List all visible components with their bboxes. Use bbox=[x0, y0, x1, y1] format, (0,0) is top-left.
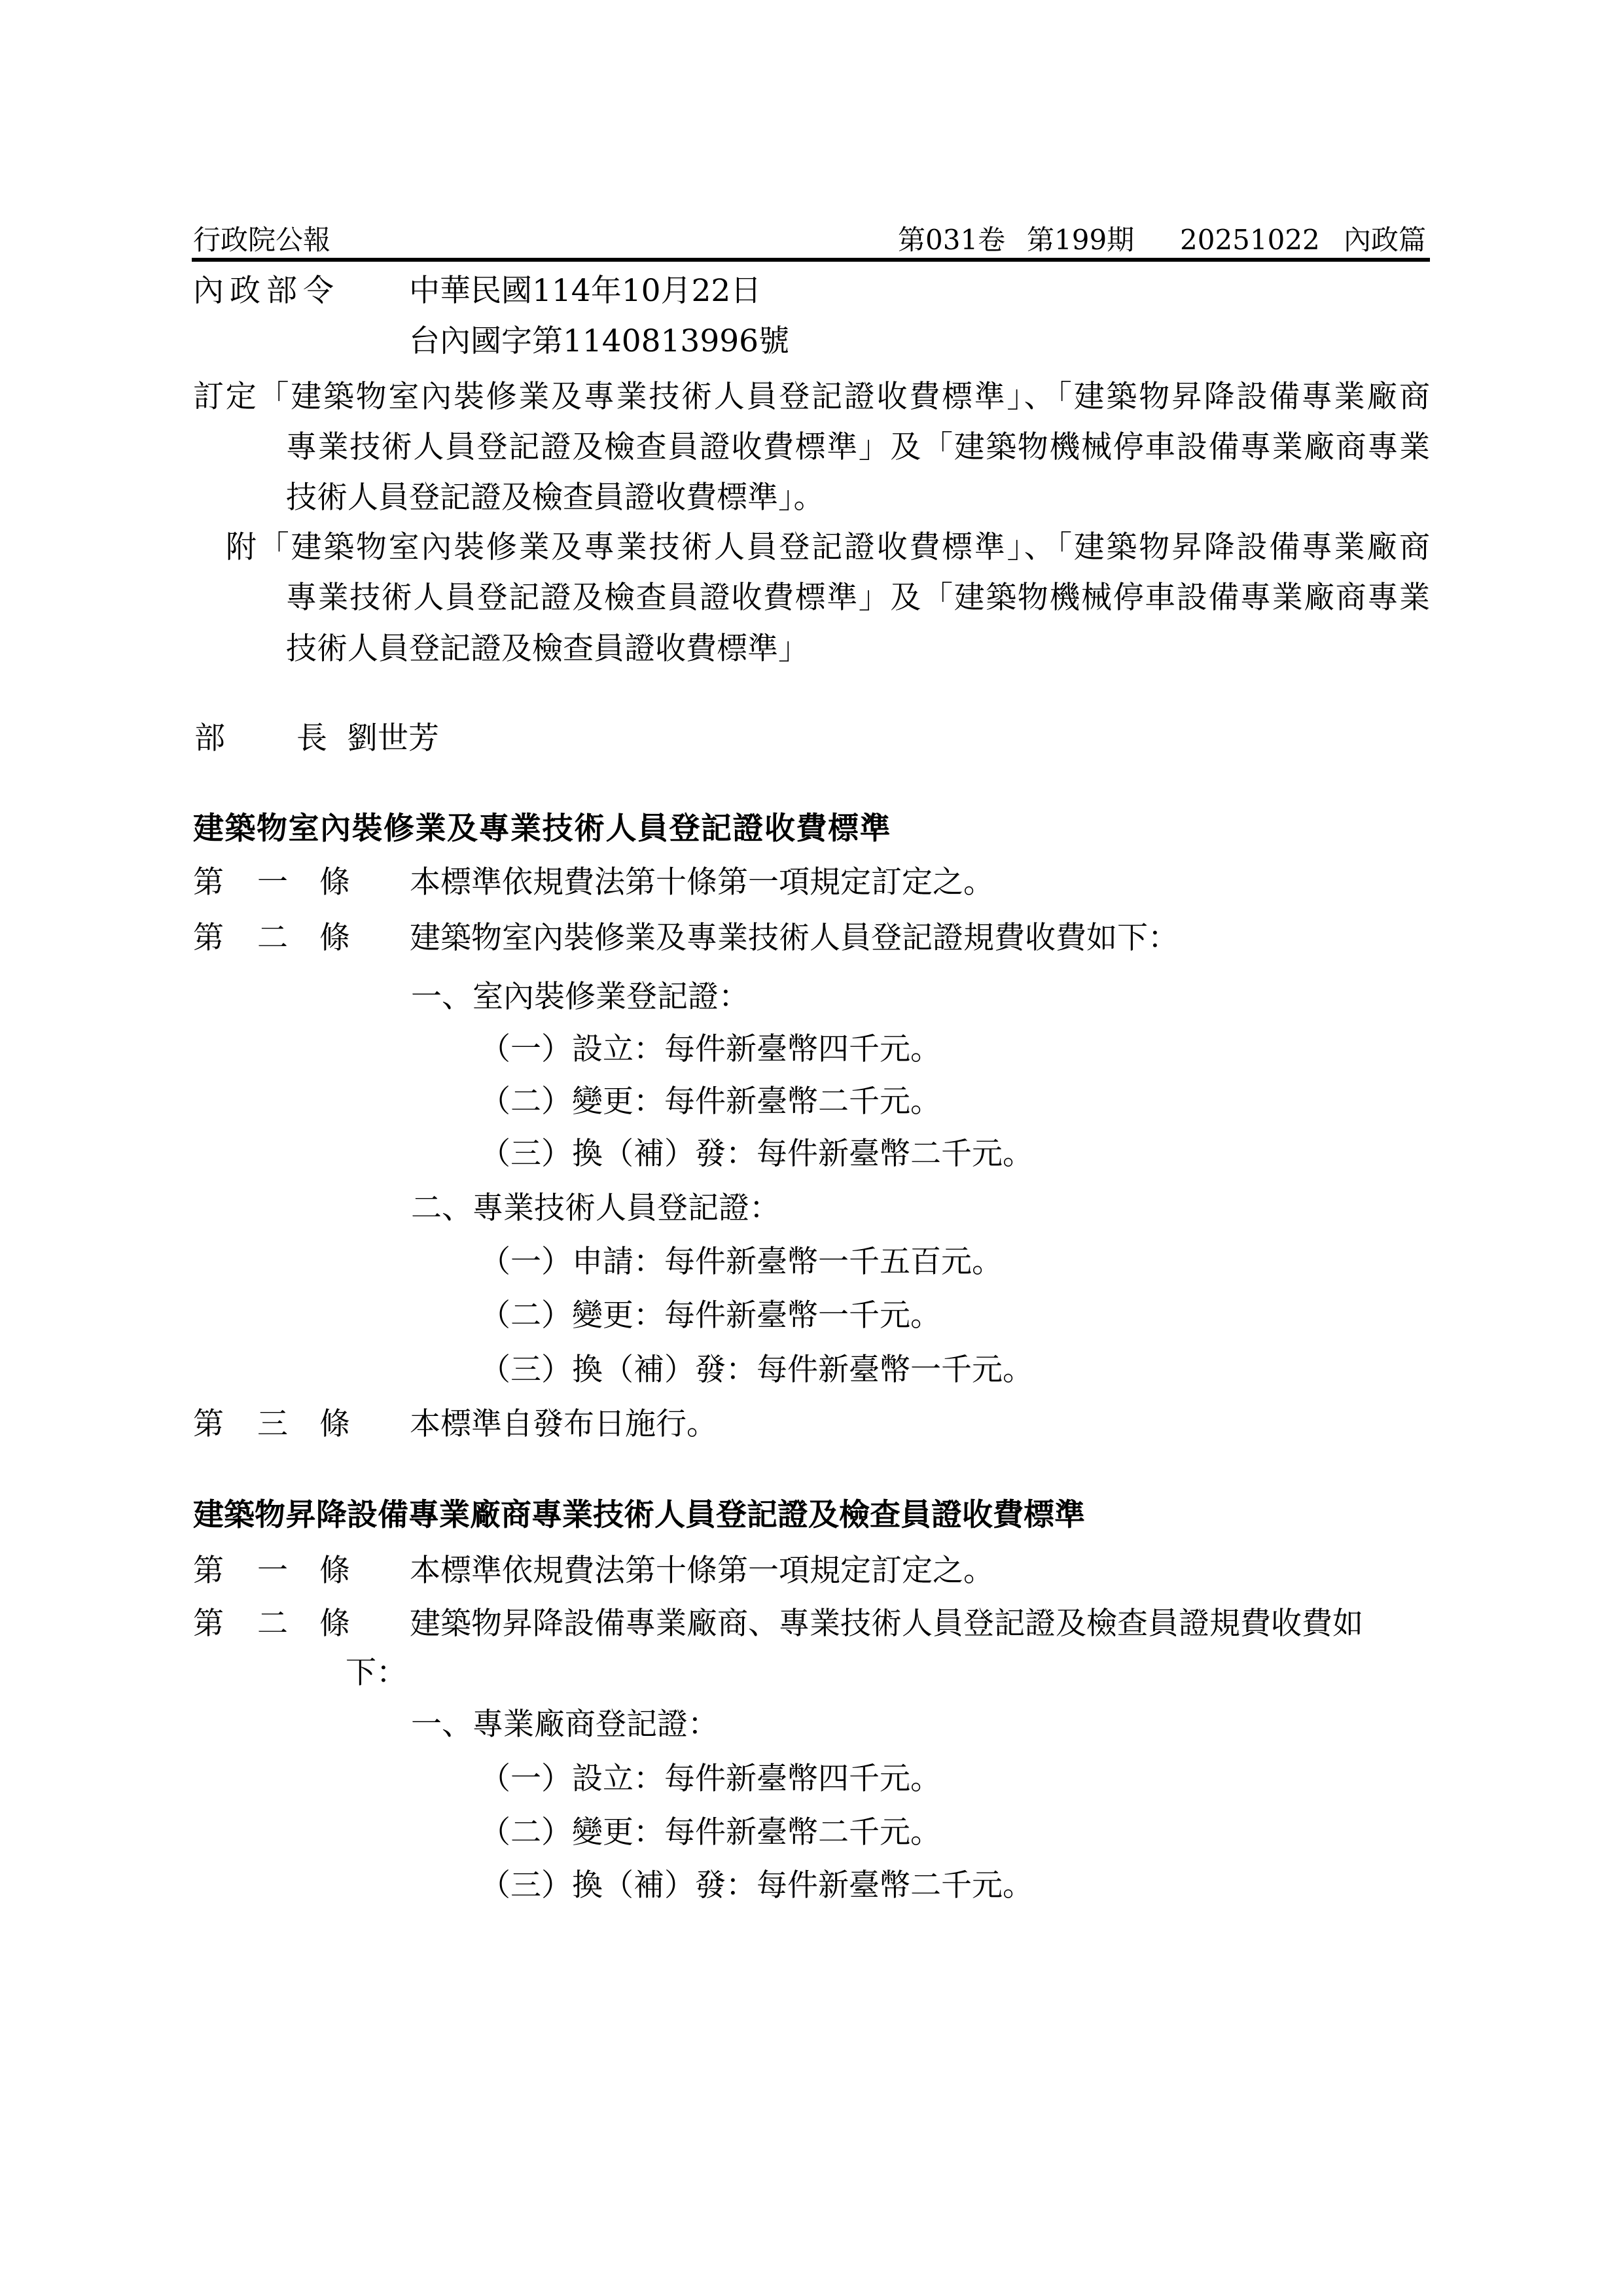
header-date-code: 20251022 bbox=[1180, 225, 1320, 255]
article-number: 一 bbox=[257, 866, 288, 900]
article-number: 二 bbox=[257, 1607, 288, 1641]
agency-order-label: 內政部令 bbox=[193, 274, 340, 308]
article-suffix: 條 bbox=[319, 866, 350, 900]
header-issue: 第199期 bbox=[1027, 225, 1134, 255]
s2-article2-continuation: 下： bbox=[346, 1656, 407, 1690]
s1-list1-head: 一、室內裝修業登記證： bbox=[411, 980, 749, 1014]
s1-list2-item: （一）申請：每件新臺幣一千五百元。 bbox=[480, 1245, 1003, 1279]
s1-list2-head: 二、專業技術人員登記證： bbox=[411, 1192, 780, 1226]
standard2-title: 建築物昇降設備專業廠商專業技術人員登記證及檢查員證收費標準 bbox=[193, 1498, 1085, 1532]
announcement-p2-line1: 附「建築物室內裝修業及專業技術人員登記證收費標準」、「建築物昇降設備專業廠商 bbox=[226, 531, 1430, 565]
header-section-label: 內政篇 bbox=[1344, 225, 1426, 255]
article-prefix: 第 bbox=[193, 1607, 224, 1641]
article-prefix: 第 bbox=[193, 866, 224, 900]
gazette-title: 行政院公報 bbox=[193, 225, 330, 255]
announcement-p1-line3: 技術人員登記證及檢查員證收費標準」。 bbox=[286, 481, 825, 515]
s1-list2-item: （三）換（補）發：每件新臺幣一千元。 bbox=[480, 1353, 1033, 1387]
article-prefix: 第 bbox=[193, 1407, 224, 1441]
standard1-title: 建築物室內裝修業及專業技術人員登記證收費標準 bbox=[193, 812, 891, 846]
order-ref-number: 台內國字第1140813996號 bbox=[409, 325, 789, 359]
s2-list1-item: （一）設立：每件新臺幣四千元。 bbox=[480, 1762, 941, 1796]
article-body: 本標準自發布日施行。 bbox=[410, 1407, 717, 1441]
article-body: 建築物室內裝修業及專業技術人員登記證規費收費如下： bbox=[410, 921, 1179, 955]
minister-name: 劉世芳 bbox=[347, 722, 439, 756]
article-prefix: 第 bbox=[193, 1554, 224, 1588]
s2-list1-item: （二）變更：每件新臺幣二千元。 bbox=[480, 1816, 941, 1850]
article-suffix: 條 bbox=[319, 1554, 350, 1588]
s1-list1-item: （二）變更：每件新臺幣二千元。 bbox=[480, 1085, 941, 1119]
s1-list1-item: （一）設立：每件新臺幣四千元。 bbox=[480, 1033, 941, 1067]
article-number: 二 bbox=[257, 921, 288, 955]
minister-title-char2: 長 bbox=[296, 722, 327, 756]
s2-list1-item: （三）換（補）發：每件新臺幣二千元。 bbox=[480, 1869, 1033, 1903]
article-prefix: 第 bbox=[193, 921, 224, 955]
header-volume: 第031卷 bbox=[898, 225, 1005, 255]
article-suffix: 條 bbox=[319, 921, 350, 955]
announcement-p1-line1: 訂定「建築物室內裝修業及專業技術人員登記證收費標準」、「建築物昇降設備專業廠商 bbox=[193, 380, 1430, 414]
s1-list1-item: （三）換（補）發：每件新臺幣二千元。 bbox=[480, 1137, 1033, 1171]
header-rule bbox=[192, 258, 1430, 262]
announcement-p2-line3: 技術人員登記證及檢查員證收費標準」 bbox=[286, 632, 809, 666]
article-number: 三 bbox=[257, 1407, 288, 1441]
article-number: 一 bbox=[257, 1554, 288, 1588]
minister-title-char1: 部 bbox=[194, 722, 225, 756]
gazette-page: 行政院公報 第031卷 第199期 20251022 內政篇 內政部令 中華民國… bbox=[0, 0, 1623, 2296]
announcement-p1-line2: 專業技術人員登記證及檢查員證收費標準」及「建築物機械停車設備專業廠商專業 bbox=[286, 431, 1430, 465]
article-body: 建築物昇降設備專業廠商、專業技術人員登記證及檢查員證規費收費如 bbox=[410, 1607, 1363, 1641]
article-suffix: 條 bbox=[319, 1607, 350, 1641]
s1-list2-item: （二）變更：每件新臺幣一千元。 bbox=[480, 1299, 941, 1333]
article-body: 本標準依規費法第十條第一項規定訂定之。 bbox=[410, 1554, 994, 1588]
s2-list1-head: 一、專業廠商登記證： bbox=[411, 1708, 719, 1742]
order-date: 中華民國114年10月22日 bbox=[409, 274, 761, 308]
article-body: 本標準依規費法第十條第一項規定訂定之。 bbox=[410, 866, 994, 900]
announcement-p2-line2: 專業技術人員登記證及檢查員證收費標準」及「建築物機械停車設備專業廠商專業 bbox=[286, 581, 1430, 615]
article-suffix: 條 bbox=[319, 1407, 350, 1441]
